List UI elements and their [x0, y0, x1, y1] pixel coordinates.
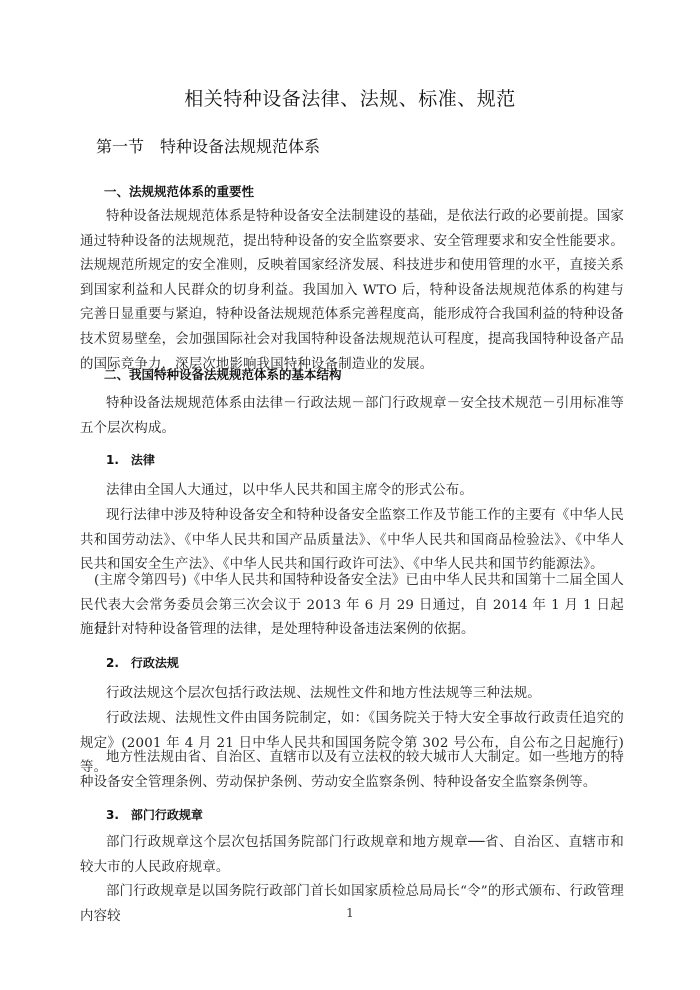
- part1-paragraph: 特种设备法规规范体系是特种设备安全法制建设的基础，是依法行政的必要前提。国家通过…: [80, 205, 624, 377]
- part2-heading: 二、我国特种设备法规规范体系的基本结构: [104, 365, 342, 383]
- law-paragraph-4: 是针对特种设备管理的法律，是处理特种设备违法案例的依据。: [80, 618, 624, 643]
- subsection-heading-dept-rules: 3. 部门行政规章: [106, 806, 203, 823]
- page-number: 1: [0, 906, 700, 920]
- law-paragraph-2: 现行法律中涉及特种设备安全和特种设备安全监察工作及节能工作的主要有《中华人民共和…: [80, 504, 624, 578]
- admin-paragraph-1: 行政法规这个层次包括行政法规、法规性文件和地方性法规等三种法规。: [80, 682, 624, 707]
- dept-paragraph-2: 部门行政规章是以国务院行政部门首长如国家质检总局局长“令”的形式颁布、行政管理内…: [80, 880, 624, 929]
- subsection-heading-law: 1. 法律: [106, 451, 155, 468]
- admin-paragraph-3: 地方性法规由省、自治区、直辖市以及有立法权的较大城市人大制定。如一些地方的特种设…: [80, 746, 624, 795]
- law-paragraph-1: 法律由全国人大通过，以中华人民共和国主席令的形式公布。: [80, 479, 624, 504]
- part2-intro-paragraph: 特种设备法规规范体系由法律－行政法规－部门行政规章－安全技术规范－引用标准等五个…: [80, 392, 624, 441]
- dept-paragraph-1: 部门行政规章这个层次包括国务院部门行政规章和地方规章──省、自治区、直辖市和较大…: [80, 831, 624, 880]
- part1-heading: 一、法规规范体系的重要性: [104, 182, 254, 200]
- subsection-heading-admin-regulations: 2. 行政法规: [106, 654, 179, 671]
- document-title: 相关特种设备法律、法规、标准、规范: [0, 84, 700, 111]
- section-heading: 第一节 特种设备法规规范体系: [96, 134, 320, 157]
